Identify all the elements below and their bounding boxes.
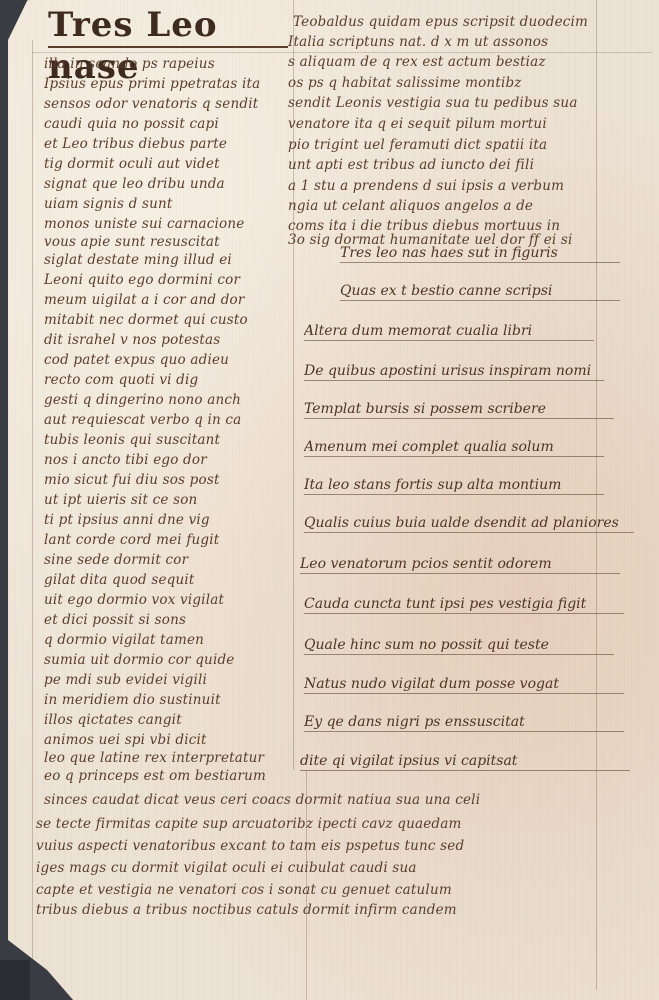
text-line: ut ipt uieris sit ce son xyxy=(44,492,289,508)
text-line: gilat dita quod sequit xyxy=(44,572,289,588)
text-line: uiam signis d sunt xyxy=(44,196,289,212)
text-line: sendit Leonis vestigia sua tu pedibus su… xyxy=(288,95,653,111)
page-heading: Tres Leo nase xyxy=(48,4,288,48)
text-line: illa in scando ps rapeius xyxy=(44,56,289,72)
text-line: nos i ancto tibi ego dor xyxy=(44,452,289,468)
text-line: se tecte firmitas capite sup arcuatoribz… xyxy=(36,816,646,832)
text-line: vous apie sunt resuscitat xyxy=(44,234,289,250)
text-line: venatore ita q ei sequit pilum mortui xyxy=(288,116,653,132)
text-line: s aliquam de q rex est actum bestiaz xyxy=(288,54,653,70)
text-line: gesti q dingerino nono anch xyxy=(44,392,289,408)
text-line: sensos odor venatoris q sendit xyxy=(44,96,289,112)
text-line: vuius aspecti venatoribus excant to tam … xyxy=(36,838,646,854)
text-line: tubis leonis qui suscitant xyxy=(44,432,289,448)
text-line: meum uigilat a i cor and dor xyxy=(44,292,289,308)
text-line: caudi quia no possit capi xyxy=(44,116,289,132)
entry-line: Cauda cuncta tunt ipsi pes vestigia figi… xyxy=(304,595,624,614)
text-line: Teobaldus quidam epus scripsit duodecim xyxy=(293,14,653,30)
entry-line: Amenum mei complet qualia solum xyxy=(304,438,604,457)
text-line: sine sede dormit cor xyxy=(44,552,289,568)
text-line: sumia uit dormio cor quide xyxy=(44,652,289,668)
text-line: mitabit nec dormet qui custo xyxy=(44,312,289,328)
text-line: dit israhel v nos potestas xyxy=(44,332,289,348)
text-line: iges mags cu dormit vigilat oculi ei cui… xyxy=(36,860,646,876)
text-line: Ipsius epus primi ppetratas ita xyxy=(44,76,289,92)
text-line: Leoni quito ego dormini cor xyxy=(44,272,289,288)
text-line: tig dormit oculi aut videt xyxy=(44,156,289,172)
text-line: illos qictates cangit xyxy=(44,712,289,728)
text-line: lant corde cord mei fugit xyxy=(44,532,289,548)
entry-line: Ey qe dans nigri ps enssuscitat xyxy=(304,713,624,732)
entry-line: Natus nudo vigilat dum posse vogat xyxy=(304,675,624,694)
text-line: a 1 stu a prendens d sui ipsis a verbum xyxy=(288,178,653,194)
text-line: leo que latine rex interpretatur xyxy=(44,750,289,766)
text-line: q dormio vigilat tamen xyxy=(44,632,289,648)
text-line: aut requiescat verbo q in ca xyxy=(44,412,289,428)
text-line: os ps q habitat salissime montibz xyxy=(288,75,653,91)
text-line: tribus diebus a tribus noctibus catuls d… xyxy=(36,902,646,918)
text-line: recto com quoti vi dig xyxy=(44,372,289,388)
text-line: unt apti est tribus ad iuncto dei fili xyxy=(288,157,653,173)
text-line: sinces caudat dicat veus ceri coacs dorm… xyxy=(44,792,644,808)
left-margin-ruling xyxy=(32,40,33,990)
text-line: ti pt ipsius anni dne vig xyxy=(44,512,289,528)
text-line: cod patet expus quo adieu xyxy=(44,352,289,368)
text-line: signat que leo dribu unda xyxy=(44,176,289,192)
text-line: et Leo tribus diebus parte xyxy=(44,136,289,152)
text-line: monos uniste sui carnacione xyxy=(44,216,289,232)
entry-line: Tres leo nas haes sut in figuris xyxy=(340,244,620,263)
entry-line: Templat bursis si possem scribere xyxy=(304,400,614,419)
entry-line: Ita leo stans fortis sup alta montium xyxy=(304,476,604,495)
entry-line: Quas ex t bestio canne scripsi xyxy=(340,282,620,301)
torn-corner xyxy=(0,960,30,1000)
manuscript-page: Tres Leo nase Teobaldus quidam epus scri… xyxy=(8,0,659,1000)
text-line: ngia ut celant aliquos angelos a de xyxy=(288,198,653,214)
entry-line: dite qi vigilat ipsius vi capitsat xyxy=(300,752,630,771)
text-line: mio sicut fui diu sos post xyxy=(44,472,289,488)
text-line: animos uei spi vbi dicit xyxy=(44,732,289,748)
entry-line: Altera dum memorat cualia libri xyxy=(304,322,594,341)
text-line: in meridiem dio sustinuit xyxy=(44,692,289,708)
text-line: uit ego dormio vox vigilat xyxy=(44,592,289,608)
text-line: pio trigint uel feramuti dict spatii ita xyxy=(288,137,653,153)
text-line: eo q princeps est om bestiarum xyxy=(44,768,289,784)
text-line: et dici possit si sons xyxy=(44,612,289,628)
entry-line: Quale hinc sum no possit qui teste xyxy=(304,636,614,655)
text-line: Italia scriptuns nat. d x m ut assonos xyxy=(288,34,653,50)
entry-line: Qualis cuius buia ualde dsendit ad plani… xyxy=(304,514,634,533)
text-line: siglat destate ming illud ei xyxy=(44,252,289,268)
text-line: capte et vestigia ne venatori cos i sona… xyxy=(36,882,646,898)
entry-line: De quibus apostini urisus inspiram nomi xyxy=(304,362,604,381)
entry-line: Leo venatorum pcios sentit odorem xyxy=(300,555,620,574)
text-line: pe mdi sub evidei vigili xyxy=(44,672,289,688)
